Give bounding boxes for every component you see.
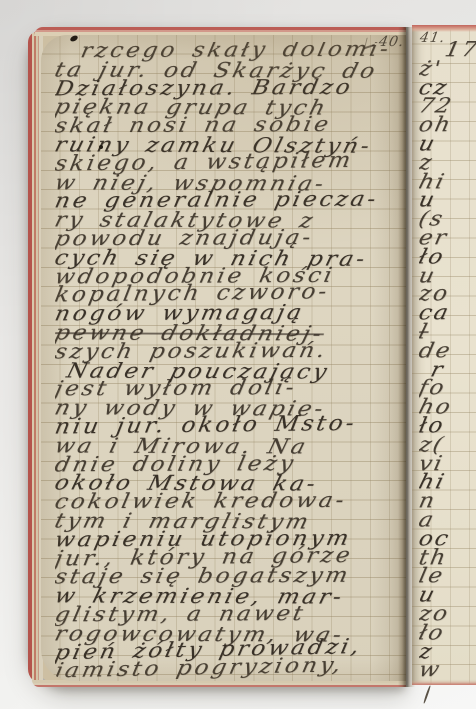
handwriting-line: rzcego skały dolomi-: [55, 42, 404, 60]
handwriting-line: szych poszukiwań.: [55, 342, 404, 361]
handwriting-line: ne generalnie piecza-: [55, 191, 404, 210]
handwriting-line: skiego, a wstąpiłem: [55, 151, 404, 173]
scanned-notebook-photo: 40. rzcego skały dolomi-ta jur. od Skarż…: [0, 0, 476, 709]
handwriting-fragment: z: [419, 154, 476, 172]
handwriting-fragment: ło: [419, 249, 476, 266]
handwriting-line: skał nosi na sobie: [55, 116, 404, 135]
handwriting-fragment: ło: [419, 417, 476, 435]
handwriting-fragment: zo: [419, 606, 476, 623]
page-number-right: 41.: [419, 30, 447, 46]
binding-gutter-shadow: [398, 27, 416, 687]
handwriting-line: glistym, a nawet: [55, 605, 404, 624]
handwriting-line: cokolwiek kredowa-: [55, 492, 404, 511]
handwriting-fragment: de: [419, 342, 476, 359]
handwriting-fragment: w: [419, 661, 476, 679]
notebook-right-page: 41. 17ż'cz72ohuzhiu(serłouzocalderfohoło…: [412, 25, 476, 685]
handwriting-line: staje się bogatszym: [55, 567, 404, 586]
paper-fiber: [423, 685, 431, 704]
crossed-out-mark: [364, 35, 377, 49]
handwriting-right-fragments: 17ż'cz72ohuzhiu(serłouzocalderfohołoz(vi…: [419, 41, 476, 683]
page-number-right-wrap: 41.: [420, 30, 445, 46]
handwriting-line: powodu znajdują-: [55, 229, 404, 248]
notebook-left-page: 40. rzcego skały dolomi-ta jur. od Skarż…: [28, 27, 406, 687]
handwriting-fragment: z(: [419, 437, 476, 454]
handwriting-line: jest wyłom doli-: [55, 379, 404, 398]
left-page-paper: 40. rzcego skały dolomi-ta jur. od Skarż…: [41, 35, 406, 681]
handwriting-left: rzcego skały dolomi-ta jur. od Skarżyc d…: [55, 42, 404, 679]
page-bottom-edge: [32, 680, 406, 687]
handwriting-line: jamisto pogryziony,: [55, 656, 404, 679]
handwriting-line: nogów wymagają: [55, 304, 404, 323]
handwriting-line: niu jur. około Msto-: [55, 414, 404, 436]
handwriting-fragment: er: [419, 230, 476, 247]
ink-dot: [99, 145, 103, 149]
